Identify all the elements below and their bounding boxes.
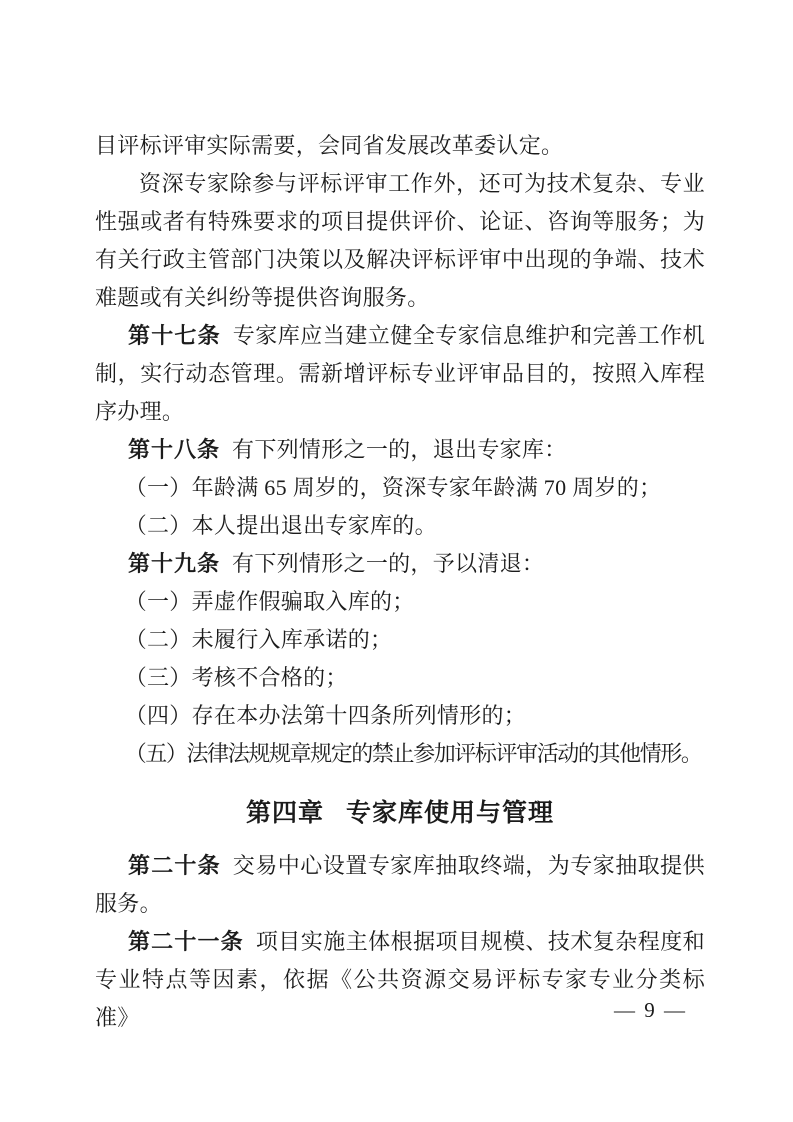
article-20: 第二十条交易中心设置专家库抽取终端，为专家抽取提供服务。	[95, 847, 705, 923]
article-20-number: 第二十条	[128, 853, 221, 878]
article-19-number: 第十九条	[128, 551, 220, 576]
article-18-item-2: （二）本人提出退出专家库的。	[95, 507, 705, 545]
article-19-text: 有下列情形之一的，予以清退：	[232, 551, 544, 576]
article-18-number: 第十八条	[128, 437, 220, 462]
document-text-block: 目评标评审实际需要，会同省发展改革委认定。 资深专家除参与评标评审工作外，还可为…	[95, 127, 705, 1037]
article-19-item-4: （四）存在本办法第十四条所列情形的；	[95, 697, 705, 735]
article-19-item-5: （五）法律法规规章规定的禁止参加评标评审活动的其他情形。	[95, 735, 705, 773]
paragraph-senior-experts: 资深专家除参与评标评审工作外，还可为技术复杂、专业性强或者有特殊要求的项目提供评…	[95, 165, 705, 317]
continuation-paragraph: 目评标评审实际需要，会同省发展改革委认定。	[95, 127, 705, 165]
article-17-number: 第十七条	[128, 323, 221, 348]
article-18-text: 有下列情形之一的，退出专家库：	[232, 437, 567, 462]
article-19-item-2: （二）未履行入库承诺的；	[95, 621, 705, 659]
document-page: 目评标评审实际需要，会同省发展改革委认定。 资深专家除参与评标评审工作外，还可为…	[0, 0, 793, 1122]
chapter-4-heading: 第四章专家库使用与管理	[95, 793, 705, 833]
article-21-number: 第二十一条	[128, 929, 244, 954]
article-18-item-1: （一）年龄满 65 周岁的，资深专家年龄满 70 周岁的；	[95, 469, 705, 507]
page-number: — 9 —	[614, 997, 687, 1023]
article-19: 第十九条有下列情形之一的，予以清退：	[95, 545, 705, 583]
article-18: 第十八条有下列情形之一的，退出专家库：	[95, 431, 705, 469]
article-19-item-3: （三）考核不合格的；	[95, 659, 705, 697]
chapter-4-number: 第四章	[246, 799, 324, 827]
chapter-4-title: 专家库使用与管理	[346, 799, 554, 827]
article-17: 第十七条专家库应当建立健全专家信息维护和完善工作机制，实行动态管理。需新增评标专…	[95, 317, 705, 431]
article-19-item-1: （一）弄虚作假骗取入库的；	[95, 583, 705, 621]
